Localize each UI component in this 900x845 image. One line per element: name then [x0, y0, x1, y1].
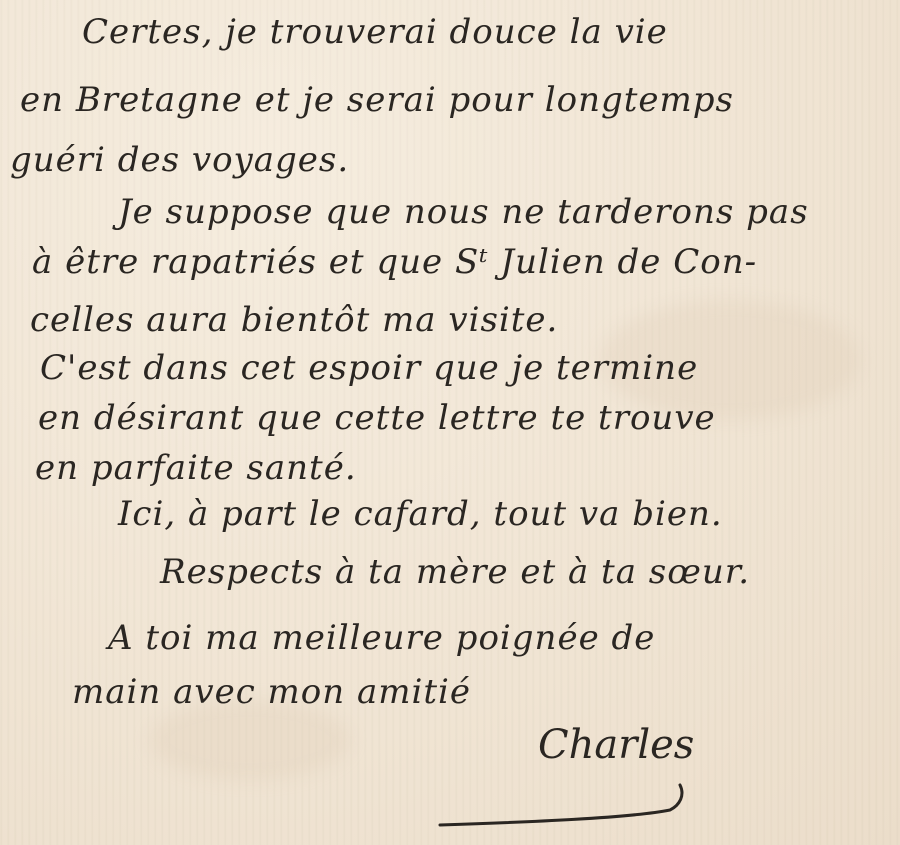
letter-line-4: Je suppose que nous ne tarderons pas — [118, 192, 809, 232]
letter-line-7: C'est dans cet espoir que je termine — [40, 348, 698, 388]
letter-line-9: en parfaite santé. — [35, 448, 357, 488]
letter-line-10: Ici, à part le cafard, tout va bien. — [118, 494, 723, 534]
letter-line-5: à être rapatriés et que Sᵗ Julien de Con… — [32, 242, 757, 282]
paper-stain — [150, 700, 350, 780]
letter-line-11: Respects à ta mère et à ta sœur. — [160, 552, 750, 592]
signature-flourish — [430, 780, 700, 830]
letter-line-8: en désirant que cette lettre te trouve — [38, 398, 716, 438]
letter-page: Certes, je trouverai douce la vie en Bre… — [0, 0, 900, 845]
letter-line-13: main avec mon amitié — [72, 672, 471, 712]
letter-line-2: en Bretagne et je serai pour longtemps — [20, 80, 734, 120]
letter-line-12: A toi ma meilleure poignée de — [108, 618, 655, 658]
signature: Charles — [538, 722, 694, 768]
letter-line-6: celles aura bientôt ma visite. — [30, 300, 558, 340]
letter-line-1: Certes, je trouverai douce la vie — [82, 12, 668, 52]
letter-line-3: guéri des voyages. — [10, 140, 349, 180]
